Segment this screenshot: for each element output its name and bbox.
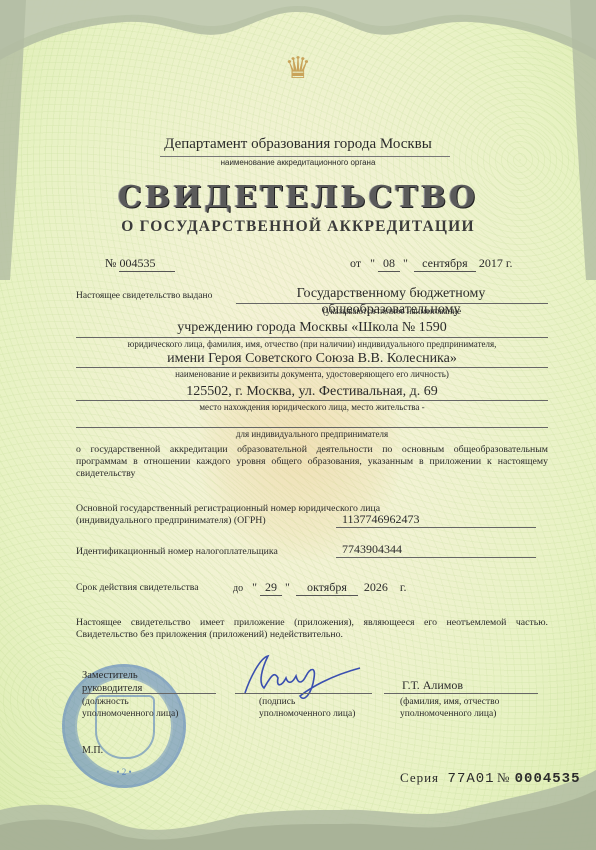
caption-full-name: (указываются полное наименование (236, 306, 548, 316)
ogrn-label-1: Основной государственный регистрационный… (76, 503, 380, 514)
accreditation-purpose: о государственной аккредитации образоват… (76, 444, 548, 480)
validity-day: 29 (260, 580, 282, 596)
name-caption-2: уполномоченного лица) (400, 709, 496, 719)
issued-to-line-3: имени Героя Советского Союза В.В. Колесн… (76, 351, 548, 367)
underline (76, 367, 548, 368)
issued-to-line-2: учреждению города Москвы «Школа № 1590 (76, 320, 548, 336)
underline (76, 427, 548, 428)
appendix-note: Настоящее свидетельство имеет приложение… (76, 617, 548, 641)
issuer-underline (160, 156, 450, 157)
position-caption-2: уполномоченного лица) (82, 709, 178, 719)
certificate-number-value: 004535 (119, 256, 175, 272)
certificate-number: № 004535 (105, 256, 175, 272)
certificate-page: ♛ Департамент образования города Москвы … (0, 0, 596, 850)
signature-caption-2: уполномоченного лица) (259, 709, 355, 719)
address: 125502, г. Москва, ул. Фестивальная, д. … (76, 384, 548, 400)
underline (336, 527, 536, 528)
issued-to-label: Настоящее свидетельство выдано (76, 291, 212, 301)
underline (384, 693, 538, 694)
serial-series: Серия 77А01 (400, 770, 495, 787)
position-caption-1: (должность (82, 697, 129, 707)
signatory-name: Г.Т. Алимов (402, 678, 463, 693)
underline (235, 693, 372, 694)
underline (76, 337, 548, 338)
caption-legal-entity: юридического лица, фамилия, имя, отчеств… (76, 339, 548, 349)
issuer-caption: наименование аккредитационного органа (0, 158, 596, 167)
ogrn-label-2: (индивидуального предпринимателя) (ОГРН) (76, 515, 266, 526)
signatory-position: Заместитель руководителя (82, 669, 162, 695)
issuer-name: Департамент образования города Москвы (0, 136, 596, 153)
underline (236, 303, 548, 304)
issue-month: сентября (414, 256, 476, 272)
serial-number-value: 0004535 (515, 771, 581, 787)
caption-entrepreneur: для индивидуального предпринимателя (76, 429, 548, 439)
validity-month: октября (296, 580, 358, 596)
underline (76, 400, 548, 401)
document-title: СВИДЕТЕЛЬСТВО (0, 180, 596, 215)
name-caption-1: (фамилия, имя, отчество (400, 697, 499, 707)
issue-day: 08 (378, 256, 400, 272)
inn-value: 7743904344 (336, 542, 482, 557)
document-subtitle: О ГОСУДАРСТВЕННОЙ АККРЕДИТАЦИИ (0, 218, 596, 236)
underline (336, 557, 536, 558)
inn-label: Идентификационный номер налогоплательщик… (76, 546, 278, 557)
underline (82, 693, 216, 694)
seal-label: М.П. (82, 745, 103, 756)
validity-year: 2026 (364, 580, 388, 594)
caption-location: место нахождения юридического лица, мест… (76, 402, 548, 412)
ogrn-value: 1137746962473 (336, 512, 482, 527)
signature-caption-1: (подпись (259, 697, 295, 707)
validity-label: Срок действия свидетельства (76, 582, 199, 593)
series-value: 77А01 (448, 771, 495, 787)
issue-year: 2017 г. (479, 256, 513, 270)
issue-date: от " 08 " сентября 2017 г. (350, 256, 512, 272)
coat-of-arms-icon: ♛ (280, 50, 316, 88)
serial-number: № 0004535 (497, 770, 580, 787)
validity-date: до " 29 " октября 2026 г. (233, 580, 406, 596)
caption-identity-document: наименование и реквизиты документа, удос… (76, 369, 548, 379)
